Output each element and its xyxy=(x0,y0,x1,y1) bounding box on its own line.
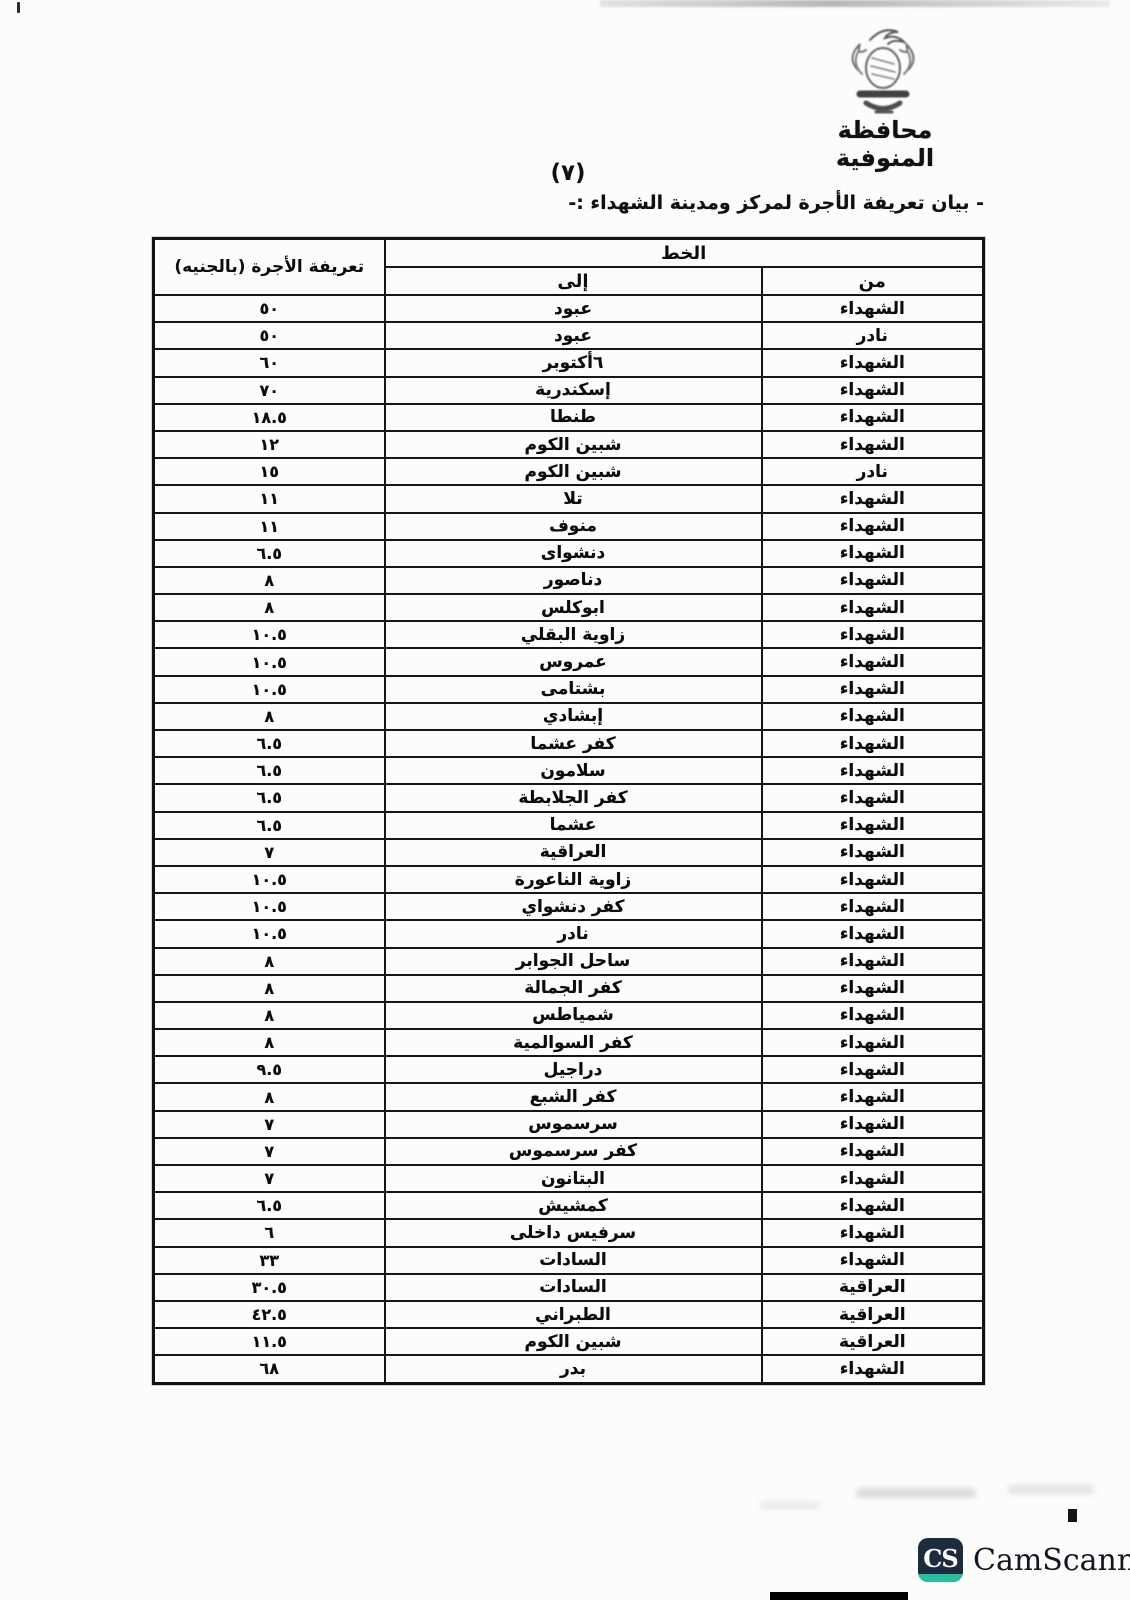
table-row: الشهداء تلا ١١ xyxy=(154,485,984,512)
fare-cell: ٦.٥ xyxy=(154,730,385,757)
camscanner-label: CamScanner xyxy=(973,1543,1130,1578)
to-cell: تلا xyxy=(385,485,762,512)
fare-cell: ١٢ xyxy=(154,431,385,458)
from-cell: العراقية xyxy=(762,1328,984,1355)
from-cell: الشهداء xyxy=(762,621,984,648)
table-row: الشهداء شمياطس ٨ xyxy=(154,1002,984,1029)
from-cell: الشهداء xyxy=(762,513,984,540)
table-row: الشهداء دراجيل ٩.٥ xyxy=(154,1056,984,1083)
fare-cell: ٨ xyxy=(154,594,385,621)
table-row: الشهداء إسكندرية ٧٠ xyxy=(154,377,984,404)
fare-cell: ١٠.٥ xyxy=(154,648,385,675)
camscanner-icon-accent xyxy=(918,1574,963,1582)
to-cell: سرفيس داخلى xyxy=(385,1219,762,1246)
fare-cell: ١٠.٥ xyxy=(154,621,385,648)
table-row: الشهداء نادر ١٠.٥ xyxy=(154,920,984,947)
fare-cell: ٥٠ xyxy=(154,295,385,322)
table-row: الشهداء بشتامى ١٠.٥ xyxy=(154,676,984,703)
from-cell: الشهداء xyxy=(762,703,984,730)
from-cell: الشهداء xyxy=(762,1111,984,1138)
table-row: نادر شبين الكوم ١٥ xyxy=(154,458,984,485)
fare-cell: ٣٣ xyxy=(154,1247,385,1274)
fare-cell: ٨ xyxy=(154,975,385,1002)
to-cell: كفر السوالمية xyxy=(385,1029,762,1056)
fare-cell: ٦.٥ xyxy=(154,1192,385,1219)
camscanner-icon-label: CS xyxy=(923,1544,957,1573)
fare-cell: ١١ xyxy=(154,485,385,512)
from-cell: الشهداء xyxy=(762,567,984,594)
fare-cell: ٨ xyxy=(154,703,385,730)
scan-artifact-smudge xyxy=(1008,1485,1094,1494)
governorate-emblem-icon xyxy=(836,24,930,120)
to-cell: إبشادي xyxy=(385,703,762,730)
table-row: الشهداء دناصور ٨ xyxy=(154,567,984,594)
table-row: الشهداء كفر عشما ٦.٥ xyxy=(154,730,984,757)
to-cell: إسكندرية xyxy=(385,377,762,404)
table-row: الشهداء كفر الشبع ٨ xyxy=(154,1083,984,1110)
fare-cell: ١٥ xyxy=(154,458,385,485)
fare-cell: ٧٠ xyxy=(154,377,385,404)
table-row: الشهداء سرسموس ٧ xyxy=(154,1111,984,1138)
table-row: الشهداء منوف ١١ xyxy=(154,513,984,540)
from-cell: الشهداء xyxy=(762,839,984,866)
to-cell: كفر عشما xyxy=(385,730,762,757)
from-cell: الشهداء xyxy=(762,1247,984,1274)
from-cell: الشهداء xyxy=(762,485,984,512)
to-cell: عبود xyxy=(385,322,762,349)
from-cell: الشهداء xyxy=(762,676,984,703)
from-cell: الشهداء xyxy=(762,920,984,947)
from-cell: الشهداء xyxy=(762,1083,984,1110)
fare-cell: ٦٨ xyxy=(154,1355,385,1383)
table-row: الشهداء كفر سرسموس ٧ xyxy=(154,1138,984,1165)
table-row: الشهداء كفر الجلابطة ٦.٥ xyxy=(154,784,984,811)
table-row: الشهداء كفر السوالمية ٨ xyxy=(154,1029,984,1056)
to-cell: كفر سرسموس xyxy=(385,1138,762,1165)
to-cell: بشتامى xyxy=(385,676,762,703)
fare-cell: ٨ xyxy=(154,1029,385,1056)
from-cell: الشهداء xyxy=(762,1192,984,1219)
to-cell: عبود xyxy=(385,295,762,322)
fare-cell: ٦.٥ xyxy=(154,757,385,784)
from-cell: الشهداء xyxy=(762,1056,984,1083)
table-row: نادر عبود ٥٠ xyxy=(154,322,984,349)
table-row: الشهداء زاوية البقلي ١٠.٥ xyxy=(154,621,984,648)
fare-cell: ٧ xyxy=(154,839,385,866)
to-cell: شبين الكوم xyxy=(385,1328,762,1355)
to-cell: سرسموس xyxy=(385,1111,762,1138)
from-cell: الشهداء xyxy=(762,1219,984,1246)
to-cell: الطبراني xyxy=(385,1301,762,1328)
to-cell: البتانون xyxy=(385,1165,762,1192)
from-cell: الشهداء xyxy=(762,948,984,975)
from-cell: الشهداء xyxy=(762,349,984,376)
to-cell: عشما xyxy=(385,812,762,839)
line-group-header: الخط xyxy=(385,239,984,268)
fare-cell: ٧ xyxy=(154,1138,385,1165)
camscanner-watermark: CS CamScanner xyxy=(918,1538,1130,1582)
scan-artifact-bottom-bar xyxy=(770,1592,908,1600)
from-cell: الشهداء xyxy=(762,784,984,811)
table-row: الشهداء عبود ٥٠ xyxy=(154,295,984,322)
fare-cell: ٨ xyxy=(154,1002,385,1029)
fare-cell: ٦.٥ xyxy=(154,784,385,811)
from-cell: نادر xyxy=(762,458,984,485)
to-cell: ٦أكتوبر xyxy=(385,349,762,376)
from-cell: الشهداء xyxy=(762,812,984,839)
table-row: الشهداء بدر ٦٨ xyxy=(154,1355,984,1383)
from-cell: الشهداء xyxy=(762,594,984,621)
table-row: الشهداء كفر دنشواي ١٠.٥ xyxy=(154,893,984,920)
fare-cell: ٨ xyxy=(154,948,385,975)
fare-cell: ١٨.٥ xyxy=(154,404,385,431)
table-row: الشهداء العراقية ٧ xyxy=(154,839,984,866)
to-cell: دراجيل xyxy=(385,1056,762,1083)
to-cell: كفر الجمالة xyxy=(385,975,762,1002)
document-title: - بيان تعريفة الأجرة لمركز ومدينة الشهدا… xyxy=(568,192,984,214)
from-column-header: من xyxy=(762,267,984,295)
from-cell: الشهداء xyxy=(762,431,984,458)
table-row: الشهداء سلامون ٦.٥ xyxy=(154,757,984,784)
table-row: الشهداء عشما ٦.٥ xyxy=(154,812,984,839)
scan-artifact-top xyxy=(600,0,1110,7)
fare-cell: ٨ xyxy=(154,567,385,594)
from-cell: الشهداء xyxy=(762,866,984,893)
from-cell: الشهداء xyxy=(762,975,984,1002)
from-cell: الشهداء xyxy=(762,893,984,920)
table-row: العراقية الطبراني ٤٢.٥ xyxy=(154,1301,984,1328)
fare-cell: ١٠.٥ xyxy=(154,676,385,703)
to-cell: زاوية الناعورة xyxy=(385,866,762,893)
table-row: الشهداء السادات ٣٣ xyxy=(154,1247,984,1274)
fare-cell: ١١ xyxy=(154,513,385,540)
fare-cell: ٤٢.٥ xyxy=(154,1301,385,1328)
from-cell: الشهداء xyxy=(762,757,984,784)
to-cell: شبين الكوم xyxy=(385,431,762,458)
governorate-name: محافظة المنوفية xyxy=(796,116,974,172)
to-cell: كمشيش xyxy=(385,1192,762,1219)
fare-cell: ٦.٥ xyxy=(154,812,385,839)
to-cell: عمروس xyxy=(385,648,762,675)
table-row: الشهداء كمشيش ٦.٥ xyxy=(154,1192,984,1219)
table-row: الشهداء ٦أكتوبر ٦٠ xyxy=(154,349,984,376)
table-row: العراقية شبين الكوم ١١.٥ xyxy=(154,1328,984,1355)
from-cell: العراقية xyxy=(762,1301,984,1328)
to-cell: منوف xyxy=(385,513,762,540)
fare-cell: ٦.٥ xyxy=(154,540,385,567)
fare-cell: ٦٠ xyxy=(154,349,385,376)
scan-artifact-smudge xyxy=(856,1488,976,1498)
to-cell: نادر xyxy=(385,920,762,947)
fare-cell: ١١.٥ xyxy=(154,1328,385,1355)
page-number: (٧) xyxy=(538,160,598,186)
fare-cell: ٩.٥ xyxy=(154,1056,385,1083)
from-cell: الشهداء xyxy=(762,648,984,675)
fare-cell: ١٠.٥ xyxy=(154,920,385,947)
table-row: الشهداء البتانون ٧ xyxy=(154,1165,984,1192)
from-cell: الشهداء xyxy=(762,377,984,404)
fare-table-body: الشهداء عبود ٥٠ نادر عبود ٥٠ الشهداء ٦أك… xyxy=(154,295,984,1383)
from-cell: الشهداء xyxy=(762,730,984,757)
fare-cell: ٧ xyxy=(154,1165,385,1192)
to-cell: ساحل الجوابر xyxy=(385,948,762,975)
table-row: الشهداء شبين الكوم ١٢ xyxy=(154,431,984,458)
to-cell: طنطا xyxy=(385,404,762,431)
table-row: الشهداء ساحل الجوابر ٨ xyxy=(154,948,984,975)
table-row: الشهداء إبشادي ٨ xyxy=(154,703,984,730)
to-cell: شبين الكوم xyxy=(385,458,762,485)
from-cell: الشهداء xyxy=(762,1029,984,1056)
to-cell: دناصور xyxy=(385,567,762,594)
to-cell: دنشواى xyxy=(385,540,762,567)
scan-artifact-tick xyxy=(17,2,20,13)
from-cell: الشهداء xyxy=(762,1138,984,1165)
to-cell: سلامون xyxy=(385,757,762,784)
to-cell: كفر دنشواي xyxy=(385,893,762,920)
from-cell: الشهداء xyxy=(762,1355,984,1383)
fare-cell: ٧ xyxy=(154,1111,385,1138)
table-row: الشهداء عمروس ١٠.٥ xyxy=(154,648,984,675)
fare-cell: ١٠.٥ xyxy=(154,866,385,893)
scan-artifact-dot xyxy=(1068,1509,1077,1522)
fare-table: الخط تعريفة الأجرة (بالجنيه) من إلى الشه… xyxy=(152,237,985,1385)
from-cell: الشهداء xyxy=(762,1002,984,1029)
table-row: الشهداء دنشواى ٦.٥ xyxy=(154,540,984,567)
fare-cell: ٥٠ xyxy=(154,322,385,349)
table-row: الشهداء كفر الجمالة ٨ xyxy=(154,975,984,1002)
fare-cell: ٨ xyxy=(154,1083,385,1110)
fare-cell: ٦ xyxy=(154,1219,385,1246)
from-cell: الشهداء xyxy=(762,540,984,567)
from-cell: الشهداء xyxy=(762,404,984,431)
table-row: العراقية السادات ٣٠.٥ xyxy=(154,1274,984,1301)
scanned-page: محافظة المنوفية (٧) - بيان تعريفة الأجرة… xyxy=(0,0,1130,1600)
to-cell: كفر الشبع xyxy=(385,1083,762,1110)
to-cell: كفر الجلابطة xyxy=(385,784,762,811)
from-cell: العراقية xyxy=(762,1274,984,1301)
to-column-header: إلى xyxy=(385,267,762,295)
to-cell: زاوية البقلي xyxy=(385,621,762,648)
fare-cell: ١٠.٥ xyxy=(154,893,385,920)
to-cell: العراقية xyxy=(385,839,762,866)
table-row: الشهداء زاوية الناعورة ١٠.٥ xyxy=(154,866,984,893)
to-cell: السادات xyxy=(385,1274,762,1301)
camscanner-icon: CS xyxy=(918,1538,963,1582)
to-cell: بدر xyxy=(385,1355,762,1383)
to-cell: السادات xyxy=(385,1247,762,1274)
to-cell: شمياطس xyxy=(385,1002,762,1029)
from-cell: نادر xyxy=(762,322,984,349)
to-cell: ابوكلس xyxy=(385,594,762,621)
from-cell: الشهداء xyxy=(762,295,984,322)
table-row: الشهداء سرفيس داخلى ٦ xyxy=(154,1219,984,1246)
fare-column-header: تعريفة الأجرة (بالجنيه) xyxy=(154,239,385,296)
table-row: الشهداء طنطا ١٨.٥ xyxy=(154,404,984,431)
fare-cell: ٣٠.٥ xyxy=(154,1274,385,1301)
scan-artifact-smudge xyxy=(760,1502,820,1509)
from-cell: الشهداء xyxy=(762,1165,984,1192)
table-row: الشهداء ابوكلس ٨ xyxy=(154,594,984,621)
